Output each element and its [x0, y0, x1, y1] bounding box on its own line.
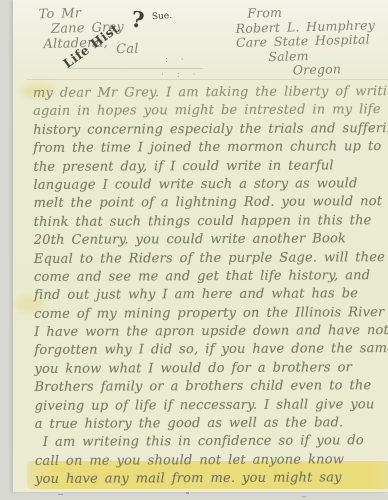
query-annotation: ? Sue. — [130, 9, 171, 35]
handwriting-line: you know what I would do for a brothers … — [34, 359, 388, 379]
question-mark-annotation: ? — [129, 6, 145, 34]
handwriting-line: the present day, if I could write in tea… — [33, 157, 387, 177]
scan-speck — [186, 492, 189, 494]
handwriting-line: find out just why I am here and what has… — [34, 285, 388, 305]
handwriting-line: think that such things could happen in t… — [34, 212, 388, 232]
faint-rule-line — [27, 79, 388, 80]
handwriting-line: Brothers family or a brothers child even… — [34, 377, 388, 397]
handwriting-line: melt the point of a lightning Rod. you w… — [34, 193, 388, 213]
handwriting-line: history concerning especialy the trials … — [33, 120, 387, 140]
handwriting-line: a true history the good as well as the b… — [35, 414, 388, 434]
handwriting-line: my dear Mr Grey. I am taking the liberty… — [33, 83, 387, 103]
handwriting-line: call on me you should not let anyone kno… — [35, 451, 388, 471]
handwriting-line: language I could write such a story as w… — [33, 175, 387, 195]
sender-line: Oregon — [293, 61, 387, 78]
handwriting-line: Equal to the Riders of the purple Sage. … — [34, 249, 388, 269]
pencil-dots: · : · — [161, 70, 200, 80]
scan-speck — [58, 494, 63, 495]
recipient-state: Cal — [116, 42, 139, 58]
handwriting-line: I am writeing this in confidence so if y… — [35, 432, 388, 452]
handwriting-line: come and see me and get that life histor… — [34, 267, 388, 287]
sender-address: From Robert L. Humphrey Care State Hospi… — [235, 3, 387, 79]
handwriting-line: from the time I joined the mormon church… — [33, 138, 387, 158]
handwriting-line: 20th Century. you could write another Bo… — [34, 230, 388, 250]
handwriting-line: I have worn the apron upside down and ha… — [34, 322, 388, 342]
handwriting-line: again in hopes you might be intrested in… — [33, 101, 387, 121]
query-name-annotation: Sue. — [152, 11, 173, 22]
letter-body: my dear Mr Grey. I am taking the liberty… — [33, 83, 388, 489]
pencil-dots: : · — [165, 55, 189, 65]
handwriting-line: giveing up of life if neccessary. I shal… — [35, 396, 388, 416]
handwriting-line: forgotten why I did so, if you have done… — [34, 341, 388, 361]
letter-paper: To Mr Zane Grey Altadena,Cal ? Sue. Life… — [13, 0, 388, 492]
handwriting-line: you have any mail from me. you might say — [35, 469, 388, 489]
scanned-letter-page: { "document": { "recipient": { "line1": … — [0, 0, 388, 500]
faint-rule-line — [68, 68, 203, 69]
handwriting-line: come of my mining property on the Illino… — [34, 304, 388, 324]
scan-speck — [302, 496, 306, 497]
